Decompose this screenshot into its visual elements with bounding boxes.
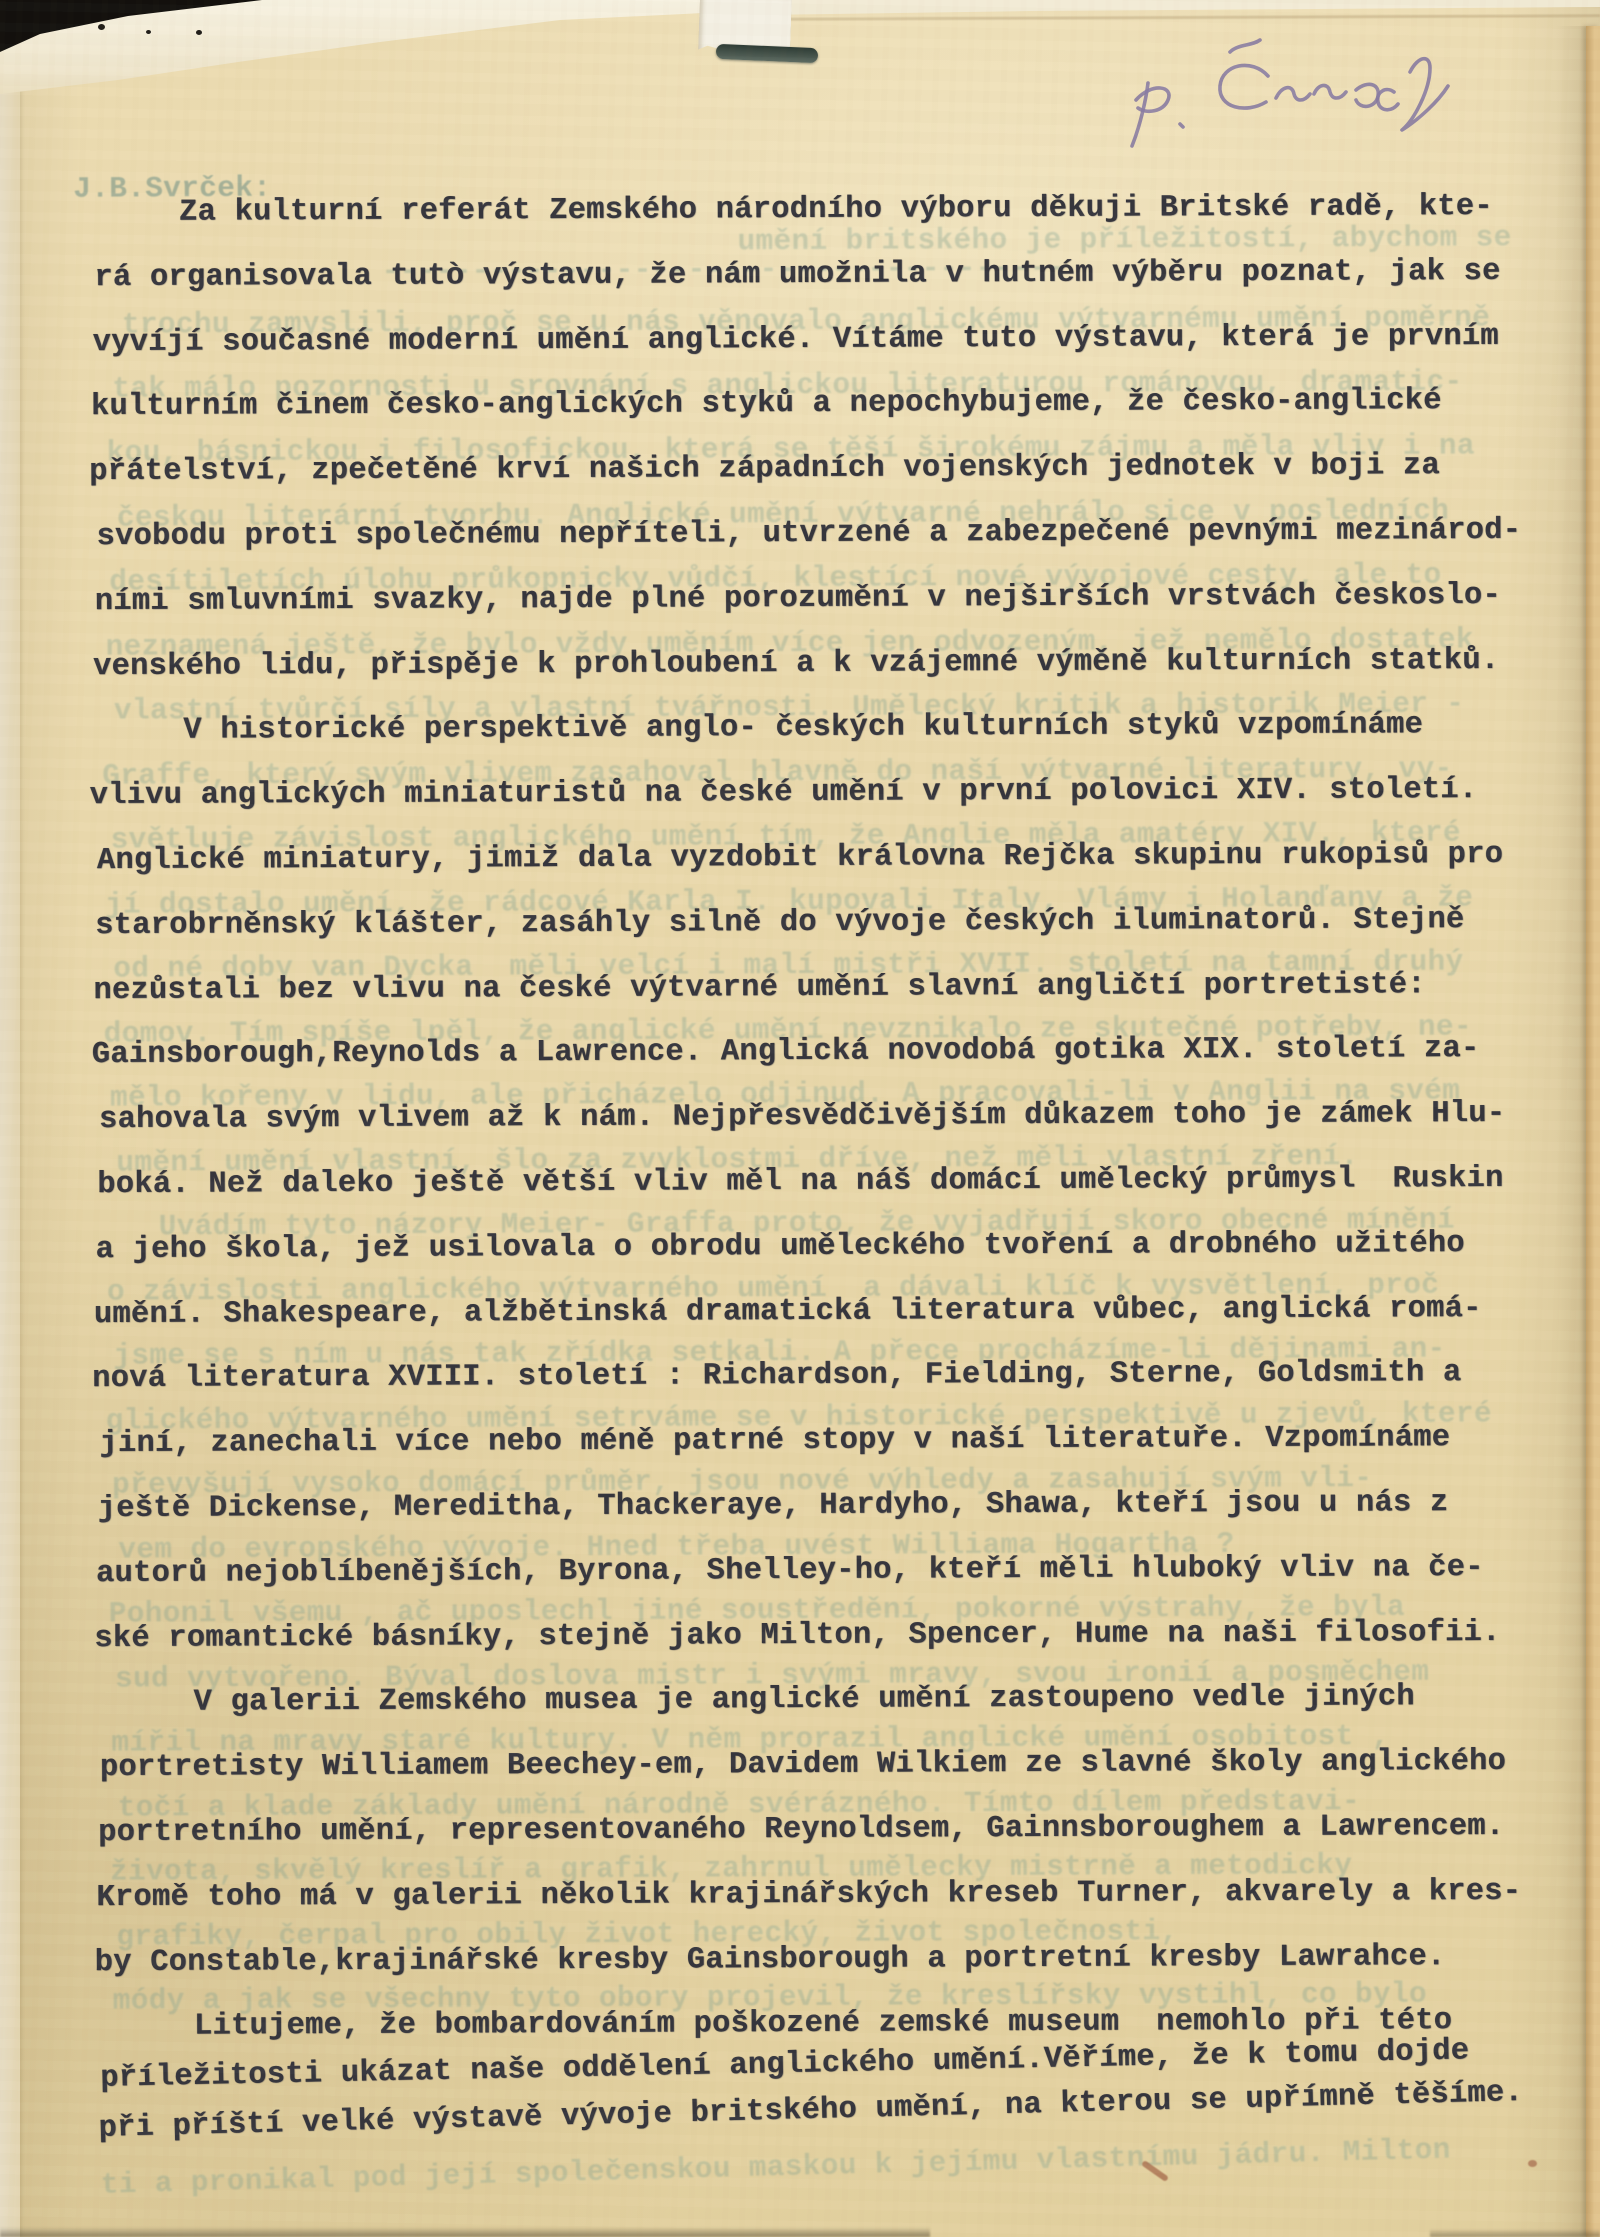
- underlying-page-right-edge: [1586, 26, 1600, 2237]
- typed-line: ještě Dickense, Mereditha, Thackeraye, H…: [98, 1486, 1449, 1526]
- typed-line: rá organisovala tutò výstavu, že nám umo…: [94, 255, 1500, 295]
- typed-line: V galerii Zemského musea je anglické umě…: [194, 1681, 1415, 1720]
- typed-line: vlivu anglických miniaturistů na české u…: [90, 773, 1478, 813]
- paper-speck: [98, 24, 105, 30]
- typed-line: nezůstali bez vlivu na české výtvarné um…: [93, 968, 1425, 1008]
- typed-line: portretisty Williamem Beechey-em, Davide…: [100, 1745, 1506, 1785]
- typed-line: Gainsborough,Reynolds a Lawrence. Anglic…: [92, 1032, 1480, 1072]
- typed-line: venského lidu, přispěje k prohloubení a …: [93, 644, 1499, 684]
- typed-line: starobrněnský klášter, zasáhly silně do …: [95, 903, 1464, 943]
- typed-line: autorů nejoblíbenějších, Byrona, Shelley…: [96, 1551, 1484, 1591]
- handwritten-annotation: [1118, 28, 1458, 158]
- typed-line: by Constable,krajinářské kresby Gainsbor…: [95, 1940, 1446, 1980]
- typed-line: jiní, zanechali více nebo méně patrné st…: [99, 1421, 1450, 1461]
- typed-text-layer: Za kulturní referát Zemského národního v…: [0, 0, 1600, 2237]
- underlying-page-left-edge: [0, 60, 20, 2237]
- typed-line: ními smluvními svazky, najde plné porozu…: [95, 579, 1501, 619]
- typed-line: umění. Shakespeare, alžbětinská dramatic…: [94, 1292, 1482, 1332]
- document-page: J.B.Svrček:umění britského je příležitos…: [0, 0, 1600, 2237]
- typed-line: přátelství, zpečetěné krví našich západn…: [89, 449, 1440, 489]
- typed-line: Za kulturní referát Zemského národního v…: [179, 190, 1493, 230]
- typed-line: portretního umění, representovaného Reyn…: [98, 1810, 1504, 1850]
- rust-mark: [1528, 2160, 1537, 2167]
- typed-line: Anglické miniatury, jimiž dala vyzdobit …: [97, 838, 1503, 878]
- typed-line: V historické perspektivě anglo- českých …: [183, 709, 1423, 748]
- bottom-edge-shadow: [0, 2227, 930, 2237]
- typed-line: nová literatura XVIII. století : Richard…: [92, 1357, 1461, 1397]
- page-right-edge-shadow: [1556, 26, 1586, 2237]
- typed-line: svobodu proti společnému nepříteli, utvr…: [96, 514, 1521, 554]
- paper-speck: [146, 30, 151, 34]
- typed-line: vyvíjí současné moderní umění anglické. …: [93, 320, 1499, 360]
- paper-speck: [196, 30, 202, 35]
- typed-line: ské romantické básníky, stejně jako Milt…: [94, 1616, 1500, 1656]
- typed-line: a jeho škola, jež usilovala o obrodu umě…: [96, 1227, 1465, 1267]
- bottom-edge-shadow: [1430, 2229, 1600, 2237]
- typed-line: Kromě toho má v galerii několik krajinář…: [96, 1875, 1521, 1915]
- typed-line: boká. Než daleko ještě větší vliv měl na…: [97, 1162, 1503, 1202]
- typed-line: sahovala svým vlivem až k nám. Nejpřesvě…: [99, 1097, 1505, 1137]
- typed-line: kulturním činem česko-anglických styků a…: [91, 385, 1442, 425]
